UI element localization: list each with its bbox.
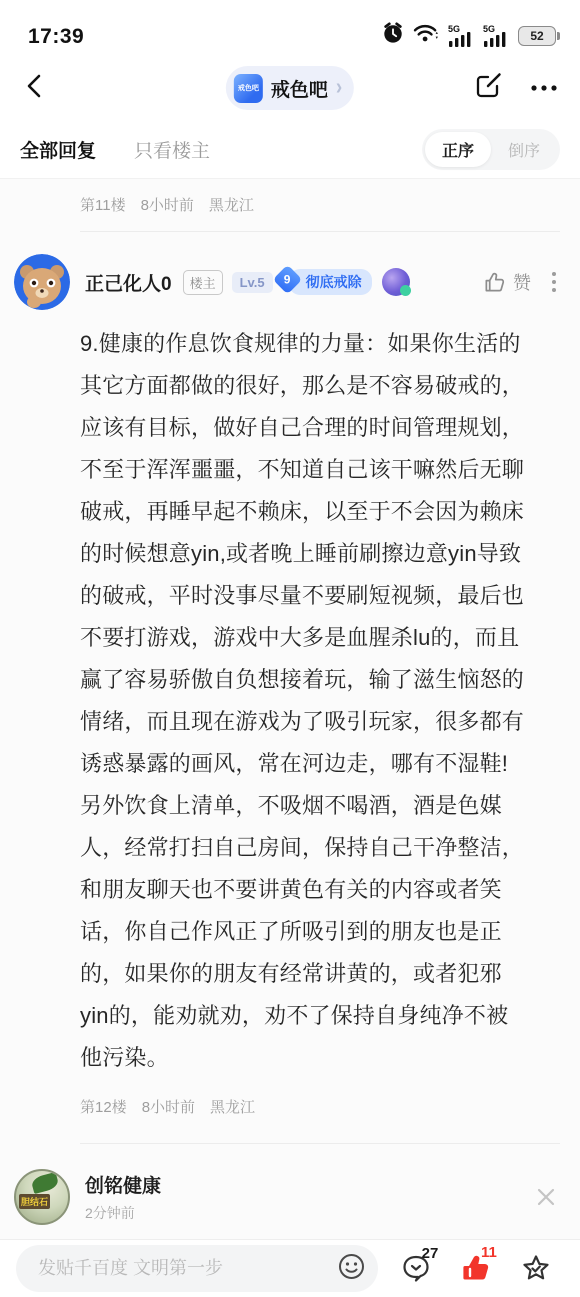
bottom-bar-actions: 27 11 [378,1252,566,1286]
thread-content: 第11楼 8小时前 黑龙江 正己化人0 楼主 L [0,179,580,1295]
post-username[interactable]: 正己化人0 [85,269,172,296]
post-user-meta: 创铭健康 2分钟前 [85,1171,161,1223]
star-check-icon [520,1253,552,1285]
floor-number: 第11楼 [80,194,126,215]
favorite-button[interactable] [520,1253,552,1285]
svg-text:5G: 5G [483,24,495,34]
like-label: 赞 [513,269,531,295]
post-header: 正己化人0 楼主 Lv.5 9 彻底戒除 赞 [0,232,580,310]
floor-11-footer: 第11楼 8小时前 黑龙江 [0,179,580,231]
back-icon[interactable] [22,73,48,104]
comment-count: 27 [422,1245,439,1262]
nav-bar: 戒色吧 戒色吧 › [0,55,580,121]
rank-number: 9 [284,273,291,287]
user-avatar[interactable]: 胆结石 [14,1169,70,1225]
emoji-icon[interactable] [338,1253,365,1285]
alarm-icon [382,22,404,49]
clock-time: 17:39 [28,25,84,49]
reply-input-pill[interactable] [16,1245,378,1292]
post-time: 2分钟前 [85,1203,161,1223]
rank-diamond-icon: 9 [272,265,302,295]
sort-ascending-button[interactable]: 正序 [425,132,491,167]
signal-5g-icon-2: 5G [483,24,509,48]
battery-icon: 52 [518,26,556,46]
floor-location: 黑龙江 [210,1096,255,1117]
status-icons: 5G 5G 52 [382,22,556,49]
forum-avatar-icon: 戒色吧 [234,74,263,103]
svg-text:5G: 5G [448,24,460,34]
close-icon[interactable] [534,1185,558,1209]
chevron-right-icon: › [336,75,342,101]
floor-12-footer: 第12楼 8小时前 黑龙江 [0,1079,580,1143]
more-icon[interactable] [530,79,558,97]
plant-decoration [30,1172,59,1194]
like-button[interactable]: 赞 [483,269,531,295]
rank-label: 彻底戒除 [306,274,362,290]
post-floor-12: 正己化人0 楼主 Lv.5 9 彻底戒除 赞 9.健康的作息饮食规律的力量：如果… [0,232,580,1143]
like-count: 11 [481,1244,497,1261]
comments-button[interactable]: 27 [400,1253,432,1285]
tieba-thread-screen: 17:39 5G 5G 52 戒色吧 戒色吧 › [0,0,580,1297]
post-header-actions: 赞 [483,269,560,295]
rank-badge: 9 彻底戒除 [289,269,372,295]
battery-percent: 52 [530,29,543,43]
wifi-icon [413,22,439,49]
forum-pill[interactable]: 戒色吧 戒色吧 › [226,66,354,110]
decoration-pendant-icon [382,268,410,296]
floor-location: 黑龙江 [209,194,254,215]
tab-all-replies[interactable]: 全部回复 [20,136,96,163]
nav-actions [475,72,558,104]
post-next: 胆结石 创铭健康 2分钟前 [0,1144,580,1225]
tab-op-only[interactable]: 只看楼主 [134,136,210,163]
status-bar: 17:39 5G 5G 52 [0,0,580,55]
floor-number: 第12楼 [80,1096,127,1117]
thumbs-up-icon [483,271,506,294]
op-badge: 楼主 [183,270,223,295]
level-badge: Lv.5 [232,272,273,293]
avatar-text: 胆结石 [19,1194,50,1209]
reply-input[interactable] [20,1258,338,1279]
tab-bar: 全部回复 只看楼主 正序 倒序 [0,121,580,179]
floor-time: 8小时前 [141,194,194,215]
sort-toggle: 正序 倒序 [422,129,560,170]
forum-icon-text: 戒色吧 [238,83,259,93]
compose-icon[interactable] [475,72,502,104]
like-thread-button[interactable]: 11 [459,1252,493,1286]
signal-5g-icon-1: 5G [448,24,474,48]
post-body-text: 9.健康的作息饮食规律的力量：如果你生活的 其它方面都做的很好，那么是不容易破戒… [80,323,562,1079]
user-avatar[interactable] [14,254,70,310]
forum-name: 戒色吧 [271,75,328,102]
sort-descending-button[interactable]: 倒序 [491,138,557,161]
bottom-bar: 27 11 [0,1239,580,1297]
kebab-menu-icon[interactable] [548,270,560,294]
post-username[interactable]: 创铭健康 [85,1171,161,1198]
floor-time: 8小时前 [142,1096,195,1117]
